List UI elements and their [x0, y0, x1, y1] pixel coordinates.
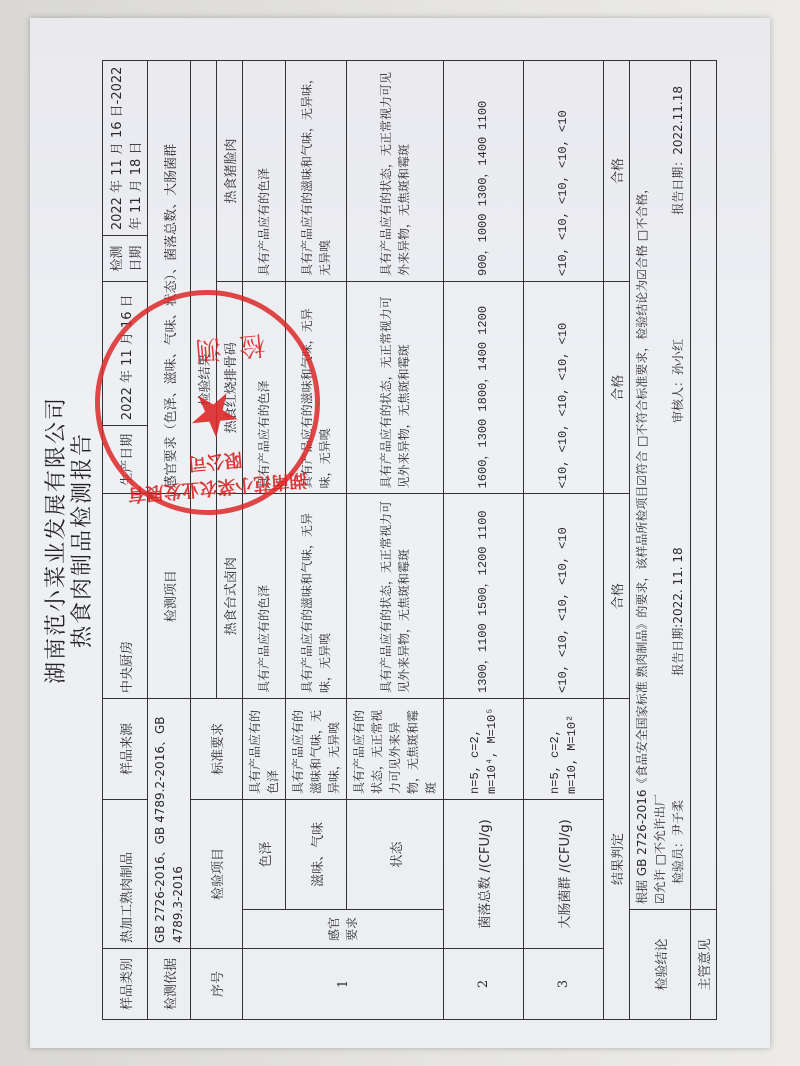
row-result: <10, <10, <10, <10, <10 — [524, 61, 604, 282]
row-no: 2 — [444, 949, 524, 1020]
stamp-center-text: 检测 — [176, 328, 267, 373]
row-item: 色泽 — [243, 799, 286, 909]
rotated-report: 湖南范小菜业发展有限公司 热食肉制品检测报告 样品类别 热加工熟肉制品 样品来源… — [40, 40, 700, 1040]
table-row: 2 菌落总数 /(CFU/g) n=5, c=2, m=10⁴, M=10⁵ 1… — [444, 61, 524, 1020]
product-3: 热食猪脸肉 — [217, 61, 243, 282]
info-row-2: 检测依据 GB 2726-2016、GB 4789.2-2016、GB 4789… — [148, 61, 191, 1020]
supervisor-value — [691, 61, 717, 910]
table-row: 1 感官要求 色泽 具有产品应有的色泽 具有产品应有的色泽 具有产品应有的色泽 … — [243, 61, 286, 1020]
row-result: 具有产品应有的滋味和气味，无异味，无异嗅 — [286, 494, 347, 699]
supervisor-label: 主管意见 — [691, 910, 717, 1020]
row-result: 1600，1300 1800，1400 1200 — [444, 281, 524, 493]
row-group: 感官要求 — [243, 910, 444, 949]
row-no: 3 — [524, 949, 604, 1020]
conclusion-label: 检验结论 — [630, 910, 691, 1020]
row-item: 状态 — [347, 799, 444, 909]
inspector: 检验员：尹子柔 — [669, 800, 687, 884]
reviewer: 审核人：孙小红 — [669, 339, 687, 423]
row-standard: n=5, c=2, m=10, M=10² — [524, 698, 604, 799]
row-result: 900，1000 1300，1400 1100 — [444, 61, 524, 282]
report-title: 湖南范小菜业发展有限公司 热食肉制品检测报告 — [40, 40, 96, 1040]
row-result: 具有产品应有的状态，无正常视力可见外来异物，无焦斑和霉斑 — [347, 494, 444, 699]
release-allowed-checkbox: ☑允许 — [653, 869, 667, 904]
label-test-date: 检测日期 — [103, 236, 148, 282]
row-result: <10, <10, <10, <10, <10 — [524, 494, 604, 699]
row-standard: 具有产品应有的滋味和气味，无异味，无异嗅 — [286, 698, 347, 799]
row-item: 大肠菌群 /(CFU/g) — [524, 799, 604, 948]
supervisor-row: 主管意见 — [691, 61, 717, 1020]
report-date-2: 报告日期：2022.11.18 — [669, 86, 687, 215]
label-items: 检测项目 — [148, 494, 191, 699]
row-standard: n=5, c=2, m=10⁴, M=10⁵ — [444, 698, 524, 799]
row-item: 菌落总数 /(CFU/g) — [444, 799, 524, 948]
row-result: 具有产品应有的色泽 — [243, 494, 286, 699]
conclusion-text: 根据 GB 2726-2016《食品安全国家标准 熟肉制品》的要求，该样品所检项… — [633, 66, 651, 904]
label-sample-source: 样品来源 — [103, 698, 148, 799]
release-denied-checkbox: □不允许出厂 — [653, 794, 667, 865]
row-result: 具有产品应有的滋味和气味，无异味，无异嗅 — [286, 61, 347, 282]
col-item: 检验项目 — [191, 799, 243, 948]
judgement-value: 合格 — [604, 281, 630, 493]
judgement-row: 结果判定 合格 合格 合格 — [604, 61, 630, 1020]
row-result: 具有产品应有的状态，无正常视力可见外来异物，无焦斑和霉斑 — [347, 61, 444, 282]
table-row: 状态 具有产品应有的状态，无正常视力可见外来异物，无焦斑和霉斑 具有产品应有的状… — [347, 61, 444, 1020]
label-sample-category: 样品类别 — [103, 949, 148, 1020]
col-no: 序号 — [191, 949, 243, 1020]
table-row: 滋味、气味 具有产品应有的滋味和气味，无异味，无异嗅 具有产品应有的滋味和气味，… — [286, 61, 347, 1020]
row-result: 具有产品应有的色泽 — [243, 61, 286, 282]
col-standard: 标准要求 — [191, 698, 243, 799]
basis: GB 2726-2016、GB 4789.2-2016、GB 4789.3-20… — [148, 698, 191, 948]
conclusion-body: 根据 GB 2726-2016《食品安全国家标准 熟肉制品》的要求，该样品所检项… — [630, 61, 691, 910]
sample-category: 热加工熟肉制品 — [103, 799, 148, 948]
product-1: 热食台式卤肉 — [217, 494, 243, 699]
label-basis: 检测依据 — [148, 949, 191, 1020]
info-row-1: 样品类别 热加工熟肉制品 样品来源 中央厨房 生产日期 2022 年 11 月 … — [103, 61, 148, 1020]
test-date: 2022 年 11 月 16 日-2022 年 11 月 18 日 — [103, 61, 148, 236]
judgement-value: 合格 — [604, 61, 630, 282]
row-no: 1 — [243, 949, 444, 1020]
header-row: 序号 检验项目 标准要求 检验结果 — [191, 61, 217, 1020]
star-icon: ★ — [184, 377, 244, 451]
judgement-value: 合格 — [604, 494, 630, 699]
conclusion-row: 检验结论 根据 GB 2726-2016《食品安全国家标准 熟肉制品》的要求，该… — [630, 61, 691, 1020]
row-standard: 具有产品应有的状态，无正常视力可见外来异物，无焦斑和霉斑 — [347, 698, 444, 799]
judgement-label: 结果判定 — [604, 698, 630, 1019]
company-name: 湖南范小菜业发展有限公司 — [44, 40, 70, 1040]
table-row: 3 大肠菌群 /(CFU/g) n=5, c=2, m=10, M=10² <1… — [524, 61, 604, 1020]
row-standard: 具有产品应有的色泽 — [243, 698, 286, 799]
report-date-1: 报告日期:2022. 11. 18 — [669, 547, 687, 675]
row-result: 1300，1100 1500，1200 1100 — [444, 494, 524, 699]
report-name: 热食肉制品检测报告 — [70, 40, 96, 1040]
sample-source: 中央厨房 — [103, 494, 148, 699]
row-result: <10, <10, <10, <10, <10 — [524, 281, 604, 493]
row-result: 具有产品应有的状态，无正常视力可见外来异物，无焦斑和霉斑 — [347, 281, 444, 493]
row-item: 滋味、气味 — [286, 799, 347, 909]
report-table: 样品类别 热加工熟肉制品 样品来源 中央厨房 生产日期 2022 年 11 月 … — [102, 60, 717, 1020]
